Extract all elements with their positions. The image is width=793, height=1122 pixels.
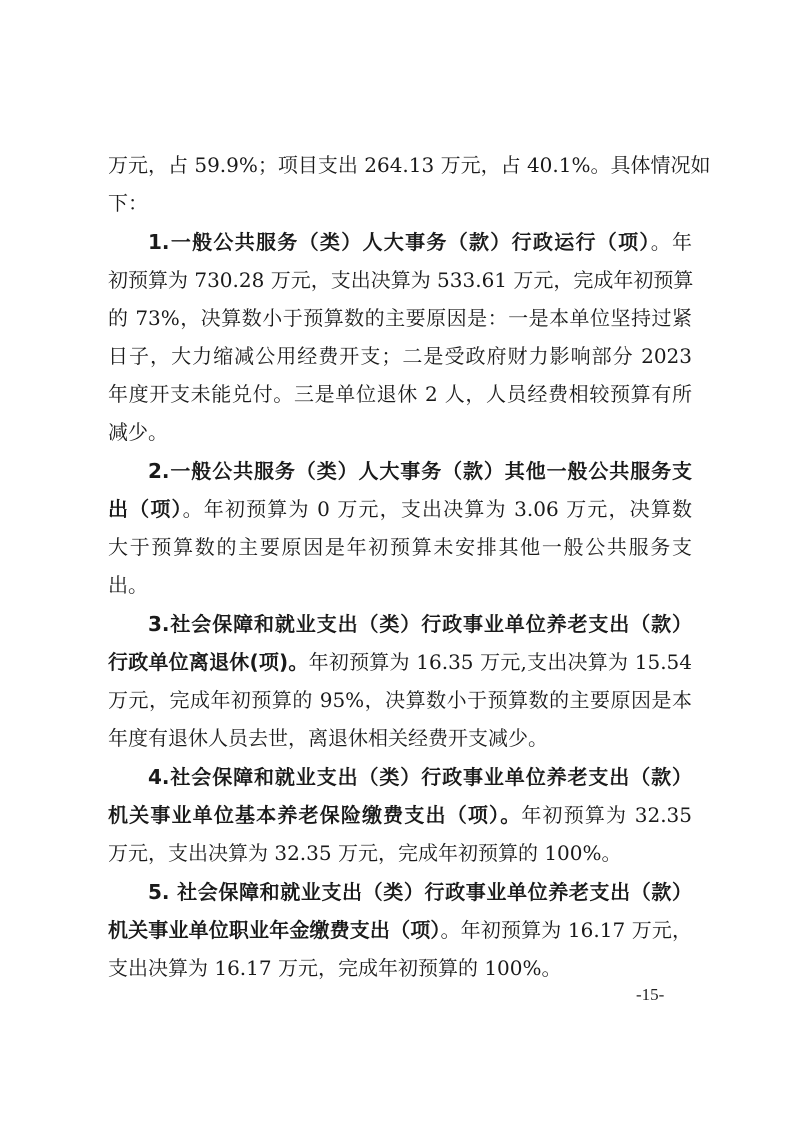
- item-2-line: 出（项）。年初预算为 0 万元，支出决算为 3.06 万元，决算数: [108, 490, 692, 528]
- item-2-heading: 2.一般公共服务（类）人大事务（款）其他一般公共服务支: [108, 452, 692, 490]
- item-3-heading: 3.社会保障和就业支出（类）行政事业单位养老支出（款）: [108, 605, 692, 643]
- item-1-heading: 1.一般公共服务（类）人大事务（款）行政运行（项）。年: [108, 223, 692, 261]
- item-4-heading: 4.社会保障和就业支出（类）行政事业单位养老支出（款）: [108, 758, 692, 796]
- item-1-line: 减少。: [108, 413, 692, 451]
- item-5-line: 机关事业单位职业年金缴费支出（项）。年初预算为 16.17 万元，: [108, 911, 692, 949]
- item-2-line: 大于预算数的主要原因是年初预算未安排其他一般公共服务支: [108, 528, 692, 566]
- item-3-line: 行政单位离退休(项)。年初预算为 16.35 万元,支出决算为 15.54: [108, 643, 692, 681]
- intro-line: 下：: [108, 184, 692, 222]
- page-number: -15-: [636, 985, 664, 1005]
- item-5-line: 支出决算为 16.17 万元，完成年初预算的 100%。: [108, 949, 692, 987]
- item-1-line: 的 73%，决算数小于预算数的主要原因是：一是本单位坚持过紧: [108, 299, 692, 337]
- intro-line: 万元，占 59.9%；项目支出 264.13 万元，占 40.1%。具体情况如: [108, 146, 692, 184]
- item-5-heading: 5. 社会保障和就业支出（类）行政事业单位养老支出（款）: [108, 873, 692, 911]
- item-2-line: 出。: [108, 566, 692, 604]
- item-1-line: 年度开支未能兑付。三是单位退休 2 人，人员经费相较预算有所: [108, 375, 692, 413]
- item-1-line: 初预算为 730.28 万元，支出决算为 533.61 万元，完成年初预算: [108, 261, 692, 299]
- item-4-line: 万元，支出决算为 32.35 万元，完成年初预算的 100%。: [108, 834, 692, 872]
- item-3-line: 万元，完成年初预算的 95%，决算数小于预算数的主要原因是本: [108, 681, 692, 719]
- item-1-line: 日子，大力缩减公用经费开支；二是受政府财力影响部分 2023: [108, 337, 692, 375]
- item-4-line: 机关事业单位基本养老保险缴费支出（项）。年初预算为 32.35: [108, 796, 692, 834]
- item-3-line: 年度有退休人员去世，离退休相关经费开支减少。: [108, 719, 692, 757]
